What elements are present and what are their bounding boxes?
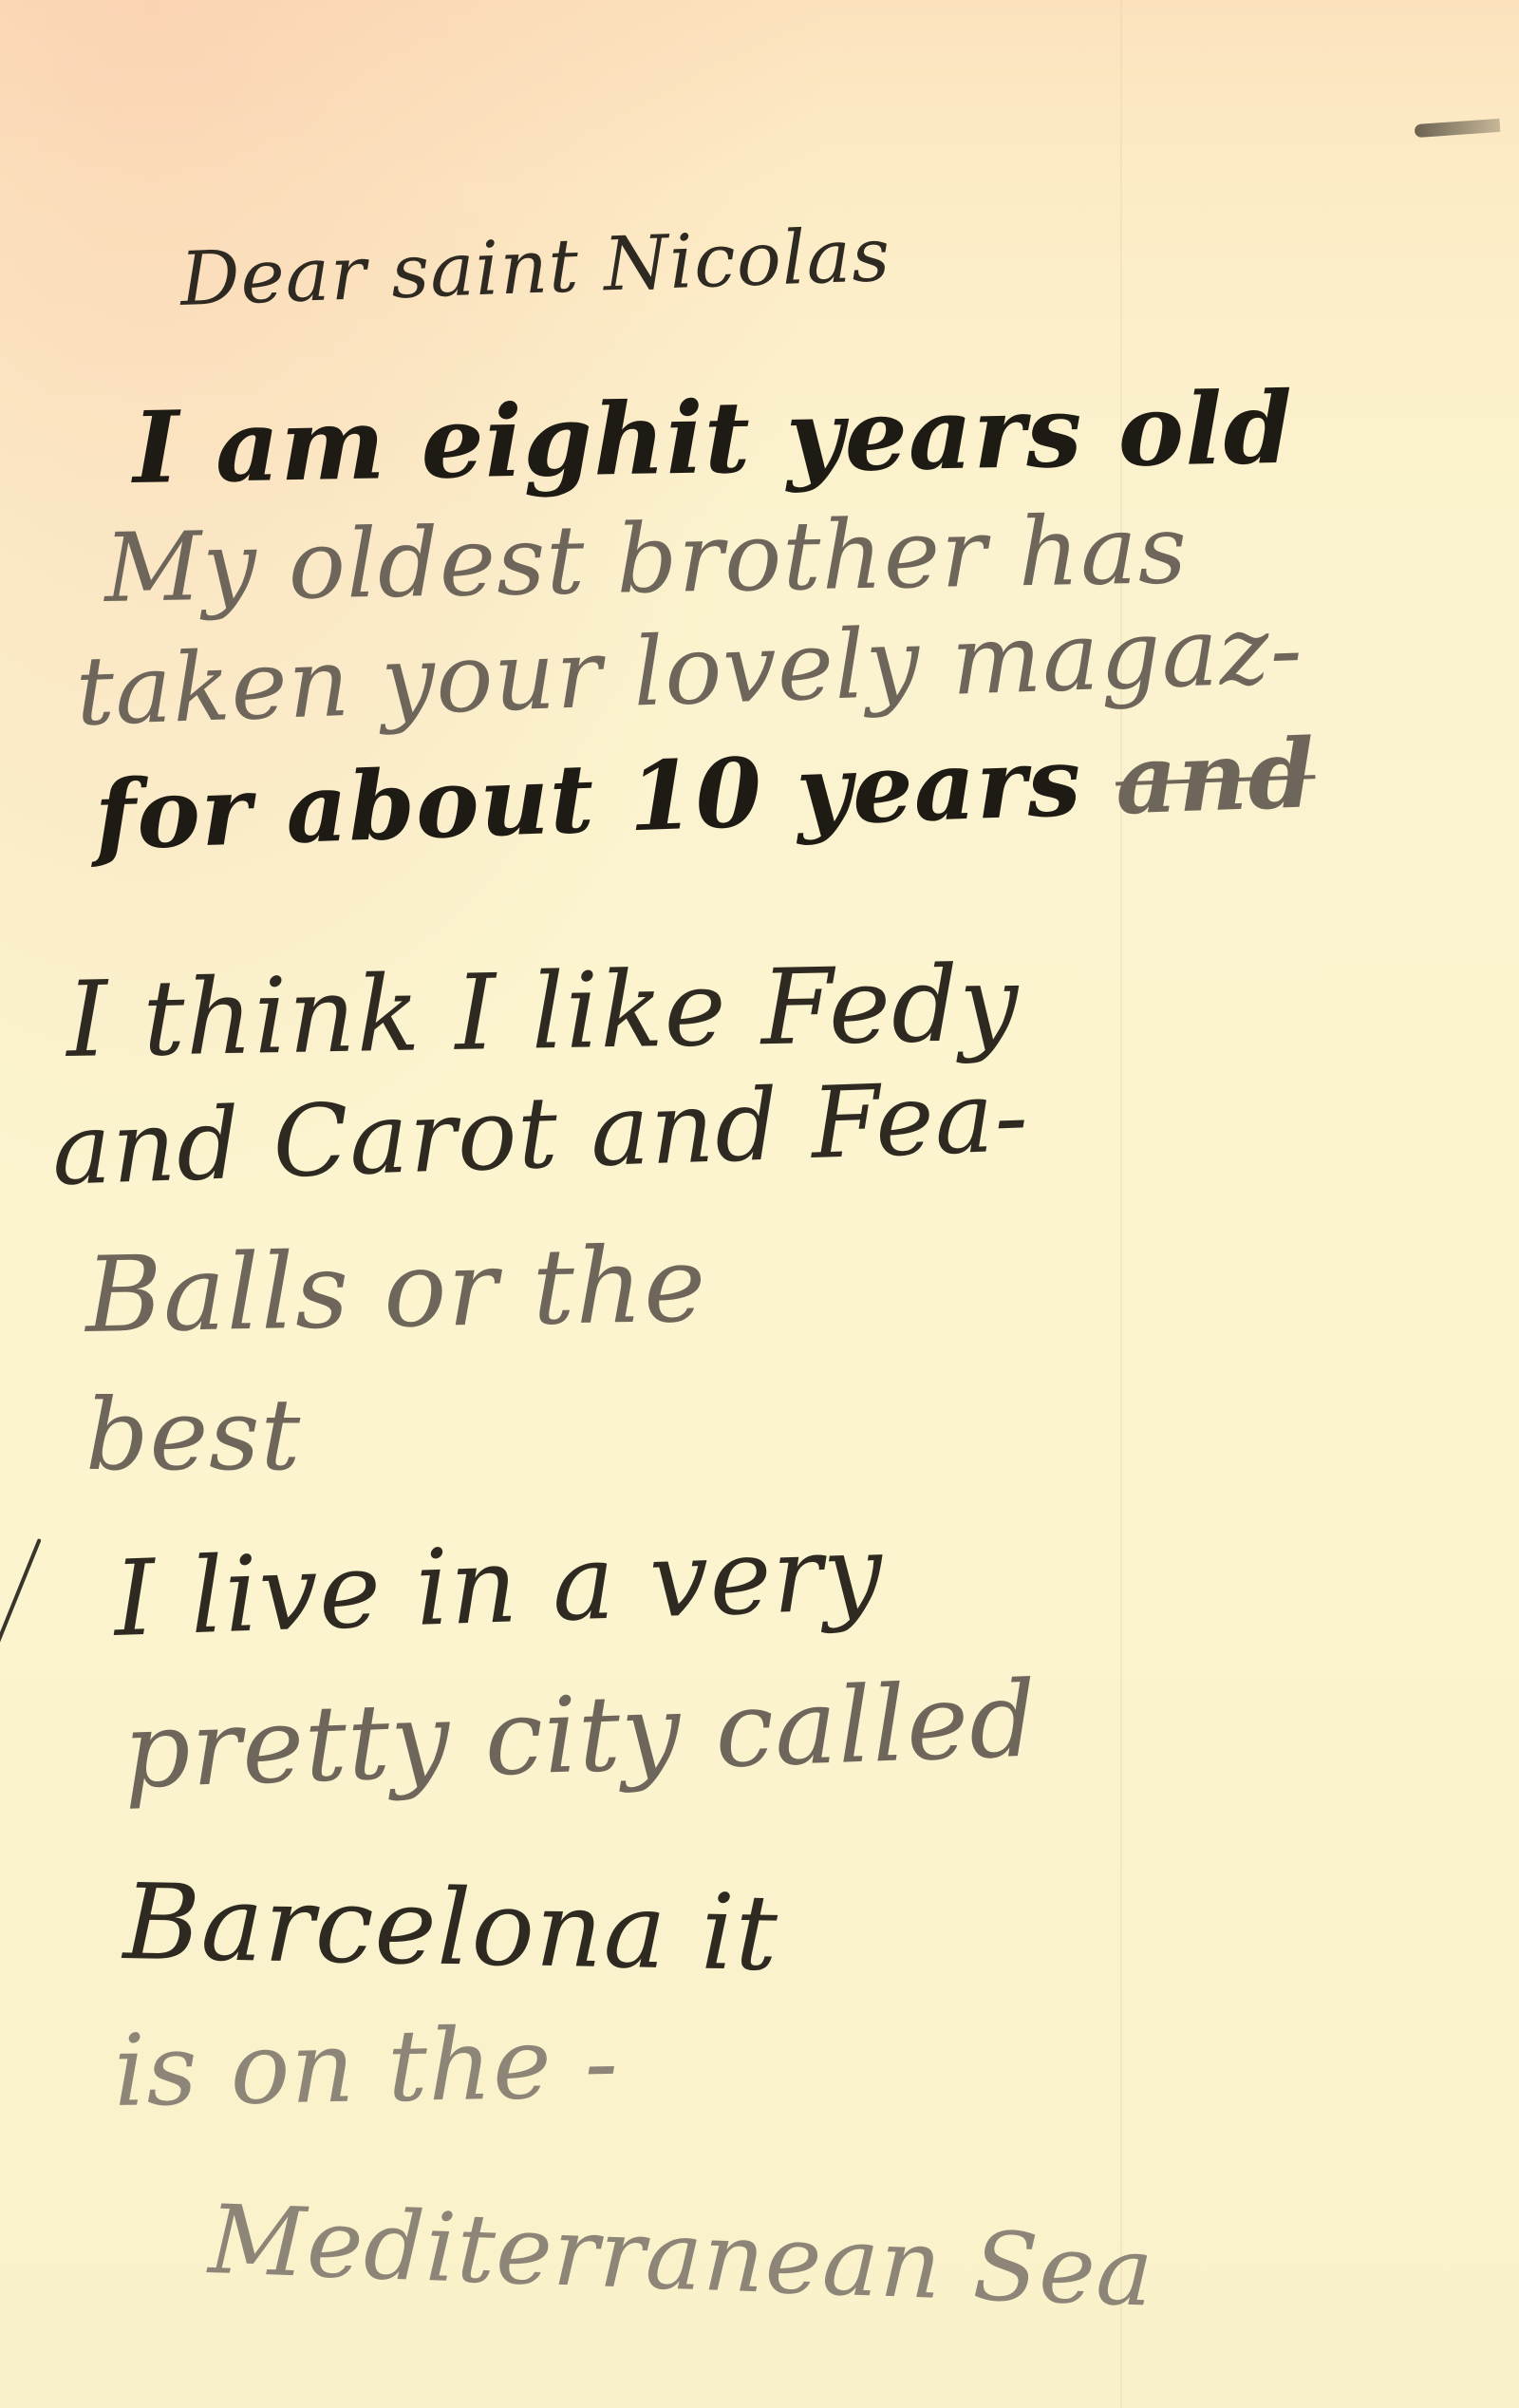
margin-pen-stroke xyxy=(0,1538,42,1883)
letter-salutation: Dear saint Nicolas xyxy=(178,213,891,323)
letter-line-9: I live in a very xyxy=(112,1512,885,1660)
margin-dash-mark xyxy=(1415,119,1501,138)
letter-line-6: and Carot and Fea- xyxy=(50,1058,1031,1208)
letter-line-8: best xyxy=(85,1377,301,1493)
letter-line-12: is on the - xyxy=(113,2004,620,2129)
letter-line-11: Barcelona it xyxy=(122,1861,779,1994)
letter-line-1: I am eighit years old xyxy=(132,369,1294,506)
letter-page: Dear saint Nicolas I am eighit years old… xyxy=(0,0,1519,2408)
struck-word: and xyxy=(1114,717,1317,836)
letter-line-4-text: for about 10 years xyxy=(93,724,1117,871)
letter-line-5: I think I like Fedy xyxy=(66,942,1021,1080)
letter-line-10: pretty city called xyxy=(122,1658,1040,1812)
letter-line-7: Balls or the xyxy=(84,1224,707,1356)
letter-line-13: Mediterranean Sea xyxy=(207,2184,1155,2328)
paper-fold-line xyxy=(1120,0,1122,2408)
